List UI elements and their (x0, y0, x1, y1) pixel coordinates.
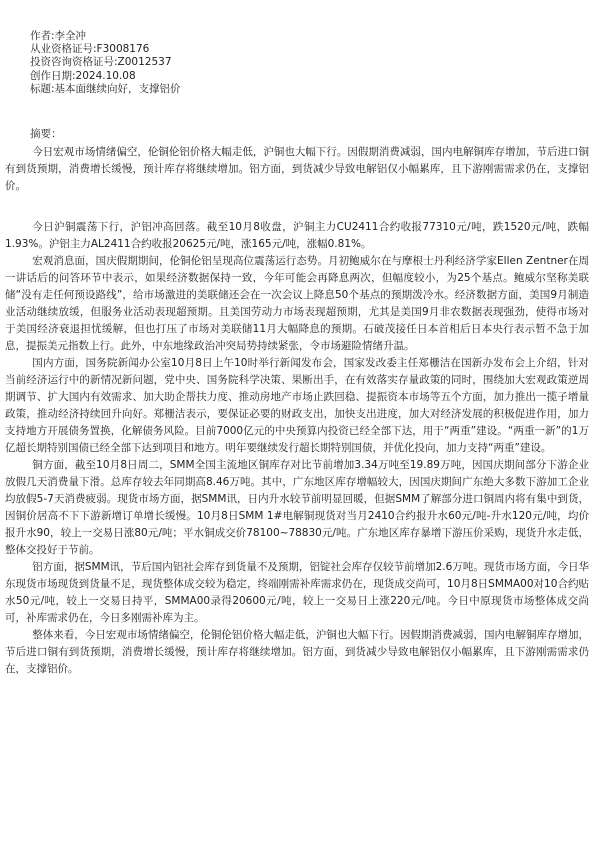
copper-paragraph: 铜方面，截至10月8日周二，SMM全国主流地区铜库存对比节前增加3.34万吨至1… (5, 457, 589, 559)
macro-paragraph: 宏观消息面，国庆假期期间，伦铜伦铝呈现高位震荡运行态势。月初鲍威尔在与摩根士丹利… (5, 253, 589, 355)
document-body: 今日宏观市场情绪偏空，伦铜伦铝价格大幅走低，沪铜也大幅下行。因假期消费减弱，国内… (5, 144, 589, 678)
consulting-number-line: 投资咨询资格证号:Z0012537 (30, 56, 181, 69)
domestic-paragraph: 国内方面，国务院新闻办公室10月8日上午10时举行新闻发布会，国家发改委主任郑栅… (5, 355, 589, 457)
summary-paragraph: 今日宏观市场情绪偏空，伦铜伦铝价格大幅走低，沪铜也大幅下行。因假期消费减弱，国内… (5, 144, 589, 195)
aluminum-paragraph: 铝方面，据SMM讯，节后国内铝社会库存到货量不及预期，铝锭社会库存仅较节前增加2… (5, 559, 589, 627)
creation-date-line: 创作日期:2024.10.08 (30, 70, 181, 83)
summary-label: 摘要： (30, 126, 62, 143)
conclusion-paragraph: 整体来看，今日宏观市场情绪偏空，伦铜伦铝价格大幅走低，沪铜也大幅下行。因假期消费… (5, 627, 589, 678)
document-meta: 作者:李全冲 从业资格证号:F3008176 投资咨询资格证号:Z0012537… (30, 30, 181, 96)
author-line: 作者:李全冲 (30, 30, 181, 43)
document-title-line: 标题:基本面继续向好，支撑铝价 (30, 83, 181, 96)
market-paragraph: 今日沪铜震荡下行，沪铝冲高回落。截至10月8收盘，沪铜主力CU2411合约收报7… (5, 219, 589, 253)
qualification-number-line: 从业资格证号:F3008176 (30, 43, 181, 56)
